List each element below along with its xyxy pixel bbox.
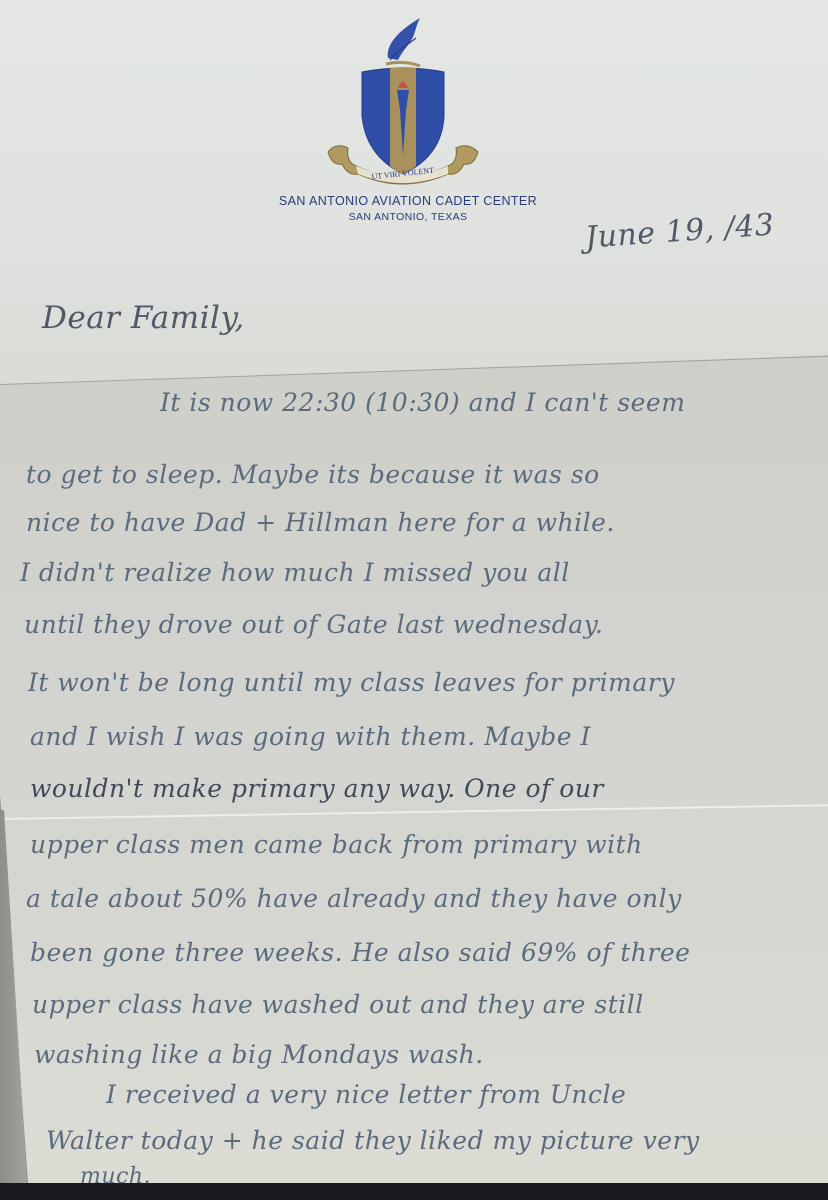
letter-line: I didn't realize how much I missed you a… [20,558,570,587]
letter-line: upper class men came back from primary w… [30,830,643,859]
letter-line: washing like a big Mondays wash. [34,1040,484,1069]
letter-page: UT VIRI VOLENT SAN ANTONIO AVIATION CADE… [0,0,828,1200]
winged-shield-crest-icon: UT VIRI VOLENT [326,16,482,186]
letter-line: been gone three weeks. He also said 69% … [30,938,690,967]
letter-line: much. [80,1164,151,1189]
letterhead-location: SAN ANTONIO, TEXAS [330,211,486,223]
letter-line: to get to sleep. Maybe its because it wa… [26,460,600,489]
letter-salutation: Dear Family, [42,300,245,336]
letter-line: I received a very nice letter from Uncle [106,1080,626,1109]
letter-line: It is now 22:30 (10:30) and I can't seem [160,388,685,417]
letter-line: wouldn't make primary any way. One of ou… [30,774,604,803]
letter-line: nice to have Dad + Hillman here for a wh… [26,508,615,537]
letter-line: a tale about 50% have already and they h… [26,884,682,913]
letter-line: Walter today + he said they liked my pic… [46,1126,700,1155]
letter-line: upper class have washed out and they are… [32,990,644,1019]
letter-line: It won't be long until my class leaves f… [28,668,675,697]
letter-line: and I wish I was going with them. Maybe … [30,722,591,751]
letterhead-organization: SAN ANTONIO AVIATION CADET CENTER [267,194,549,208]
letter-line: until they drove out of Gate last wednes… [24,610,603,639]
